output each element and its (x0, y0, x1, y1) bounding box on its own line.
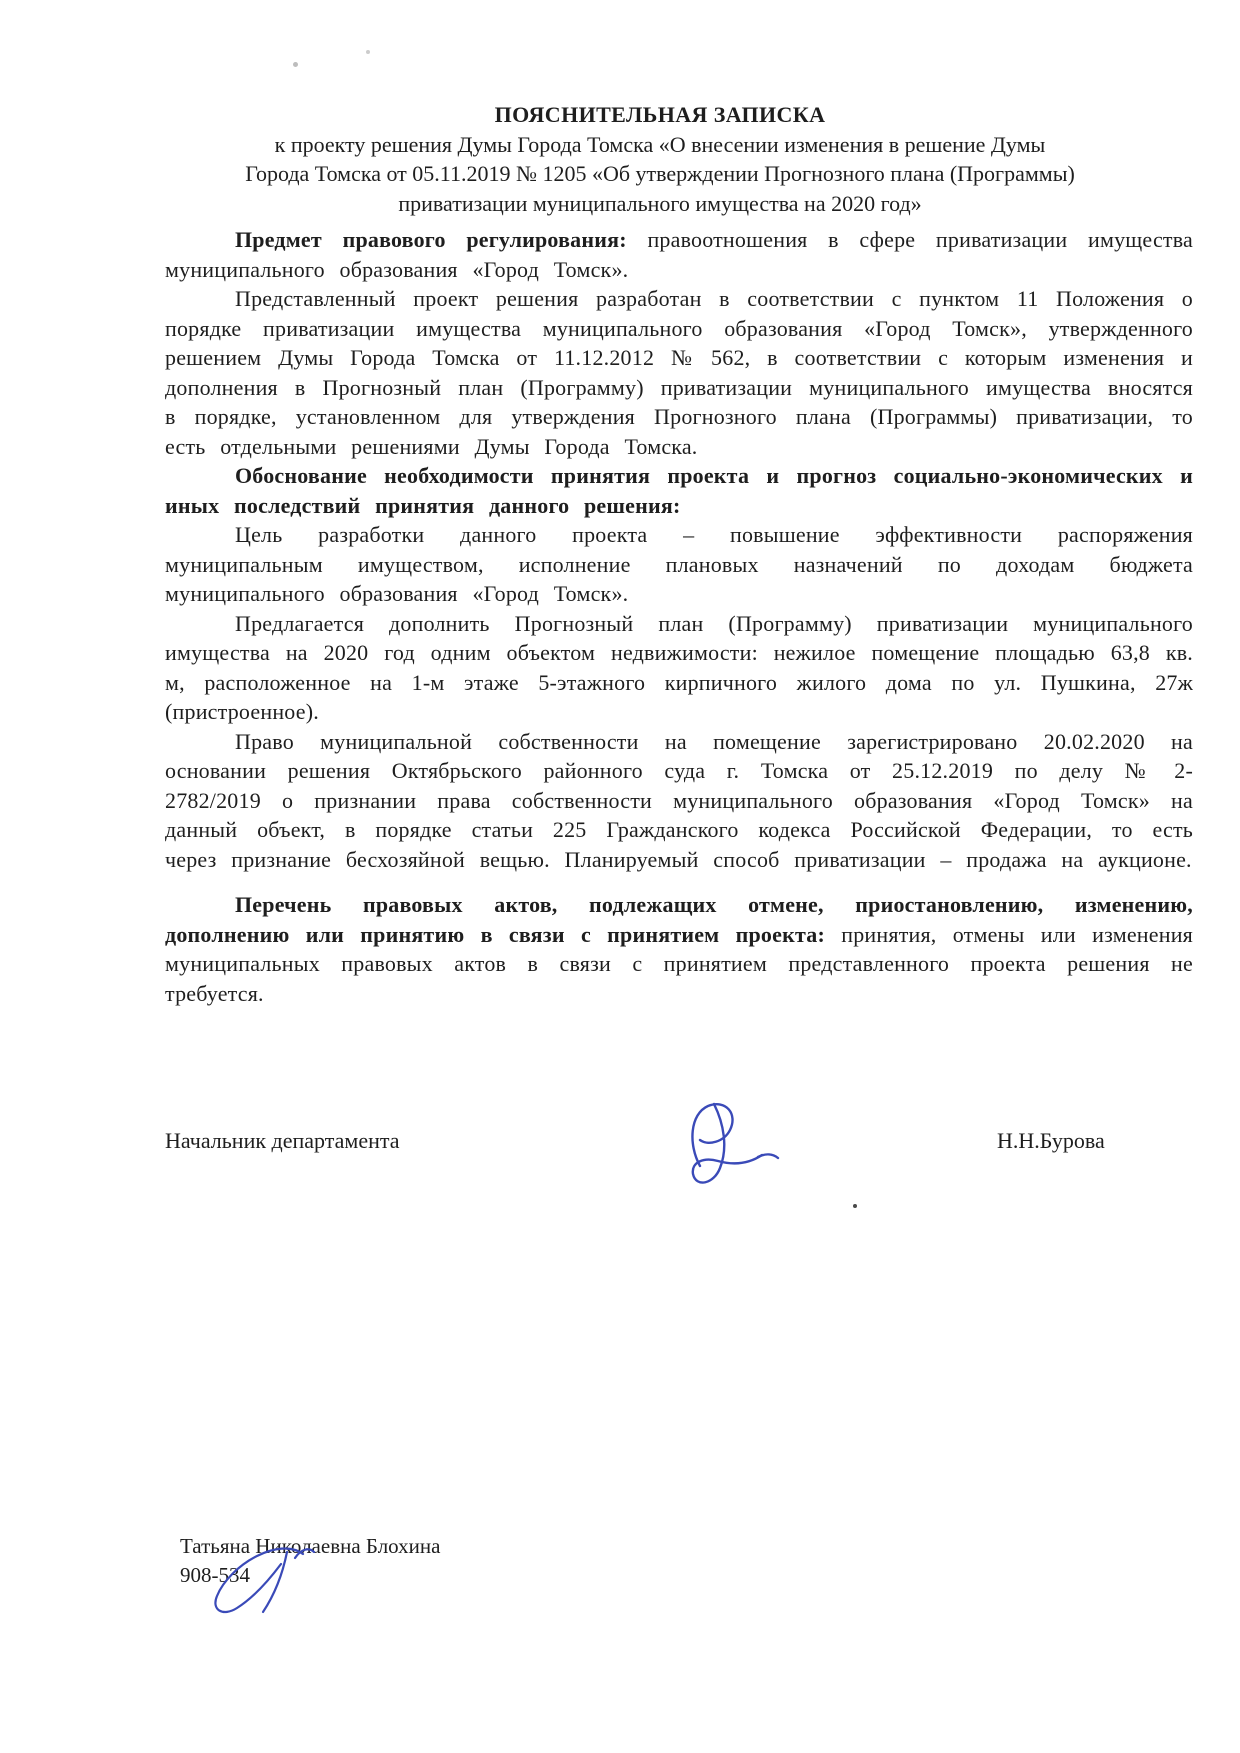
scan-artifact-speck (293, 62, 298, 67)
signature-strokes (692, 1104, 778, 1183)
paragraph-ownership: Право муниципальной собственности на пом… (165, 727, 1193, 875)
signer-name: Н.Н.Бурова (997, 1128, 1105, 1154)
document-subtitle-line: Города Томска от 05.11.2019 № 1205 «Об у… (165, 159, 1155, 189)
document-page: ПОЯСНИТЕЛЬНАЯ ЗАПИСКА к проекту решения … (0, 0, 1240, 1753)
scan-artifact-speck (366, 50, 370, 54)
paragraph-legal-basis: Представленный проект решения разработан… (165, 284, 1193, 461)
paragraph-lead-bold: Предмет правового регулирования: (235, 227, 627, 252)
paragraph-justification-heading: Обоснование необходимости принятия проек… (165, 461, 1193, 520)
signature-strokes (215, 1548, 314, 1612)
document-title: ПОЯСНИТЕЛЬНАЯ ЗАПИСКА (165, 100, 1155, 130)
handwritten-signature (652, 1096, 802, 1196)
paragraph-proposal: Предлагается дополнить Прогнозный план (… (165, 609, 1193, 727)
signer-position-label: Начальник департамента (165, 1128, 400, 1154)
paragraph-goal: Цель разработки данного проекта – повыше… (165, 520, 1193, 609)
document-header: ПОЯСНИТЕЛЬНАЯ ЗАПИСКА к проекту решения … (165, 100, 1155, 218)
document-subtitle-line: к проекту решения Думы Города Томска «О … (165, 130, 1155, 160)
paragraph-subject: Предмет правового регулирования: правоот… (165, 225, 1193, 284)
paragraph-acts-list: Перечень правовых актов, подлежащих отме… (165, 890, 1193, 1008)
document-body: Предмет правового регулирования: правоот… (165, 225, 1193, 1008)
paragraph-lead-bold: Обоснование необходимости принятия проек… (165, 463, 1193, 518)
paragraph-text: Предлагается дополнить Прогнозный план (… (165, 611, 1193, 725)
paragraph-text: Представленный проект решения разработан… (165, 286, 1193, 459)
document-subtitle-line: приватизации муниципального имущества на… (165, 189, 1155, 219)
paragraph-text: Цель разработки данного проекта – повыше… (165, 522, 1193, 606)
handwritten-initials (203, 1540, 323, 1620)
scan-artifact-speck (853, 1204, 857, 1208)
paragraph-text: Право муниципальной собственности на пом… (165, 729, 1193, 872)
